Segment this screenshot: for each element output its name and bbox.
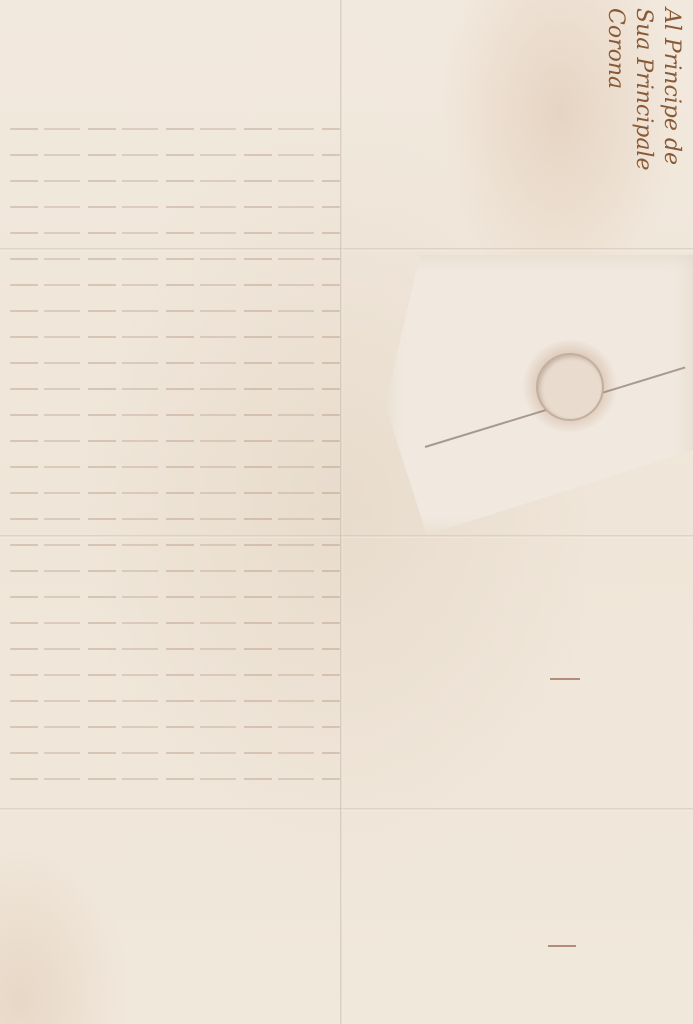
letter-sheet: Al Principe de Sua Principale Corona — [0, 0, 693, 1024]
seal-impression — [536, 353, 604, 421]
bleed-through-text — [10, 128, 340, 804]
address-line-2: Sua Principale — [629, 8, 657, 248]
fold-line — [0, 808, 693, 811]
fold-line — [340, 0, 343, 1024]
ink-mark — [548, 945, 576, 947]
address-line-3: Corona — [601, 8, 629, 248]
ink-mark — [550, 678, 580, 680]
address-block: Al Principe de Sua Principale Corona — [585, 8, 685, 248]
address-line-1: Al Principe de — [657, 8, 685, 248]
wax-seal — [522, 340, 618, 432]
